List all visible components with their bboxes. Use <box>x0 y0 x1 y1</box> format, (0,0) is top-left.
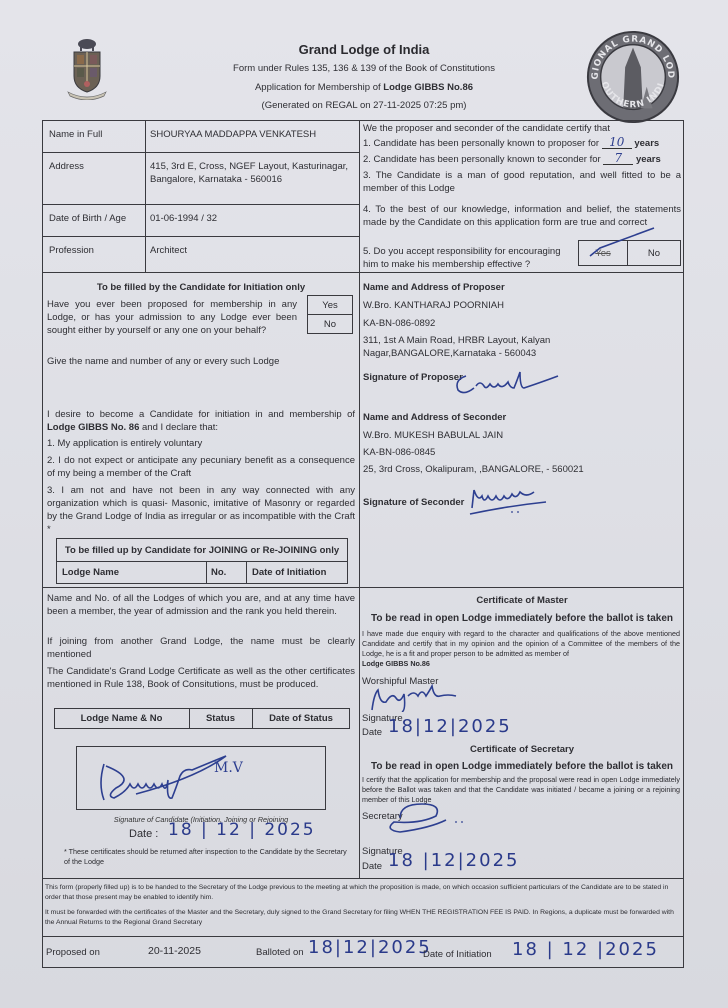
proposer-signature-label: Signature of Proposer <box>363 371 463 384</box>
date-of-initiation-value[interactable]: 18 | 12 |2025 <box>512 939 659 960</box>
application-form-page: Grand Lodge of India Form under Rules 13… <box>0 0 728 1008</box>
master-body-text: I have made due enquiry with regard to t… <box>362 629 680 658</box>
regional-grand-lodge-seal-icon: REGIONAL GRAND LODGE SOUTHERN INDIA <box>584 28 682 126</box>
seconder-heading: Name and Address of Seconder <box>363 411 506 424</box>
give-lodge-name-prompt: Give the name and number of any or every… <box>47 355 279 368</box>
secretary-date-label: Date <box>362 860 382 873</box>
secretary-signature <box>380 800 470 834</box>
joining-col-lodge-name: Lodge Name <box>62 566 119 579</box>
profession-label: Profession <box>49 244 94 257</box>
certify-intro: We the proposer and seconder of the cand… <box>363 122 681 135</box>
profession-value: Architect <box>150 244 187 257</box>
declaration-item-1: 1. My application is entirely voluntary <box>47 437 355 450</box>
candidate-date-label: Date : <box>129 828 158 841</box>
master-date-label: Date <box>362 726 382 739</box>
row-divider <box>42 152 360 153</box>
initiation-question: Have you ever been proposed for membersh… <box>47 298 297 337</box>
footer-note-1: This form (properly filled up) is to be … <box>45 883 681 903</box>
certify-item-1-text: 1. Candidate has been personally known t… <box>363 138 599 149</box>
joining-para-1: Name and No. of all the Lodges of which … <box>47 592 355 618</box>
proposer-address: 311, 1st A Main Road, HRBR Layout, Kalya… <box>363 334 573 360</box>
name-value: SHOURYAA MADDAPPA VENKATESH <box>150 128 316 141</box>
years-label: years <box>634 138 659 149</box>
candidate-date-value[interactable]: 18 | 12 | 2025 <box>168 820 316 840</box>
seconder-id: KA-BN-086-0845 <box>363 446 435 459</box>
dob-value: 01-06-1994 / 32 <box>150 212 217 225</box>
name-label: Name in Full <box>49 128 102 141</box>
master-certificate-subtitle: To be read in open Lodge immediately bef… <box>360 612 684 625</box>
proposer-years-field[interactable]: 10 <box>602 137 632 149</box>
proposed-before-no-option[interactable]: No <box>307 314 353 334</box>
certify-item-5: 5. Do you accept responsibility for enco… <box>363 245 578 271</box>
joining-para-3: The Candidate's Grand Lodge Certificate … <box>47 665 355 691</box>
proposer-id: KA-BN-086-0892 <box>363 317 435 330</box>
secretary-date-value[interactable]: 18 |12|2025 <box>388 850 519 871</box>
balloted-on-label: Balloted on <box>256 946 304 959</box>
status-col-status: Status <box>189 712 252 725</box>
proposer-heading: Name and Address of Proposer <box>363 281 505 294</box>
master-date-value[interactable]: 18|12|2025 <box>388 716 512 737</box>
declaration-item-2: 2. I do not expect or anticipate any pec… <box>47 454 355 480</box>
row-divider <box>42 236 360 237</box>
certify-item-2-text: 2. Candidate has been personally known t… <box>363 154 601 165</box>
joining-heading: To be filled up by Candidate for JOINING… <box>56 544 348 557</box>
declaration-item-3: 3. I am not and have not been in any way… <box>47 484 355 536</box>
responsibility-no-option[interactable]: No <box>627 240 681 266</box>
seconder-signature-label: Signature of Seconder <box>363 496 464 509</box>
row-divider <box>42 272 684 273</box>
proposed-on-value: 20-11-2025 <box>148 945 201 958</box>
status-col-lodge: Lodge Name & No <box>54 712 189 725</box>
joining-para-2: If joining from another Grand Lodge, the… <box>47 635 355 661</box>
initiation-heading: To be filled by the Candidate for Initia… <box>42 281 360 294</box>
candidate-signature-initials: M.V <box>214 760 244 776</box>
declaration-intro: I desire to become a Candidate for initi… <box>47 408 355 434</box>
row-divider <box>56 561 348 562</box>
seconder-years-field[interactable]: 7 <box>603 153 633 165</box>
certify-item-2: 2. Candidate has been personally known t… <box>363 153 681 166</box>
years-label: years <box>636 154 661 165</box>
application-lodge: Lodge GIBBS No.86 <box>383 82 473 93</box>
master-signature <box>368 684 458 712</box>
address-label: Address <box>49 160 84 173</box>
label-divider <box>145 120 146 272</box>
seconder-name: W.Bro. MUKESH BABULAL JAIN <box>363 429 503 442</box>
status-col-date: Date of Status <box>252 712 350 725</box>
col-divider <box>246 561 247 584</box>
candidate-signature: M.V <box>96 748 256 806</box>
certify-item-1: 1. Candidate has been personally known t… <box>363 137 681 150</box>
secretary-certificate-subtitle: To be read in open Lodge immediately bef… <box>360 760 684 773</box>
master-body-lodge: Lodge GIBBS No.86 <box>362 659 680 669</box>
declaration-prefix: I desire to become a Candidate for initi… <box>47 409 355 420</box>
row-divider <box>42 204 360 205</box>
proposed-on-label: Proposed on <box>46 946 100 959</box>
row-divider <box>360 587 684 588</box>
address-value: 415, 3rd E, Cross, NGEF Layout, Kasturin… <box>150 160 355 186</box>
certify-item-3: 3. The Candidate is a man of good reputa… <box>363 169 681 195</box>
dob-label: Date of Birth / Age <box>49 212 126 225</box>
master-certificate-title: Certificate of Master <box>360 594 684 607</box>
joining-col-no: No. <box>211 566 226 579</box>
proposer-name: W.Bro. KANTHARAJ POORNIAH <box>363 299 504 312</box>
seconder-signature <box>468 482 558 518</box>
row-divider <box>42 587 360 588</box>
seconder-address: 25, 3rd Cross, Okalipuram, ,BANGALORE, -… <box>363 463 584 476</box>
proposer-signature <box>452 368 562 400</box>
balloted-on-value[interactable]: 18|12|2025 <box>308 937 432 958</box>
date-of-initiation-label: Date of Initiation <box>423 948 492 961</box>
declaration-lodge: Lodge GIBBS No. 86 <box>47 422 139 433</box>
no-label: No <box>324 319 336 330</box>
yes-label: Yes <box>322 300 338 311</box>
proposed-before-yes-option[interactable]: Yes <box>307 295 353 315</box>
secretary-certificate-title: Certificate of Secretary <box>360 743 684 756</box>
application-prefix: Application for Membership of <box>255 82 383 93</box>
master-certificate-body: I have made due enquiry with regard to t… <box>362 629 680 669</box>
certificates-return-note: * These certificates should be returned … <box>64 847 354 867</box>
row-divider <box>42 878 684 879</box>
joining-col-date: Date of Initiation <box>252 566 326 579</box>
declaration-suffix: and I declare that: <box>139 422 218 433</box>
no-label: No <box>648 248 660 259</box>
col-divider <box>206 561 207 584</box>
footer-note-2: It must be forwarded with the certificat… <box>45 908 681 928</box>
